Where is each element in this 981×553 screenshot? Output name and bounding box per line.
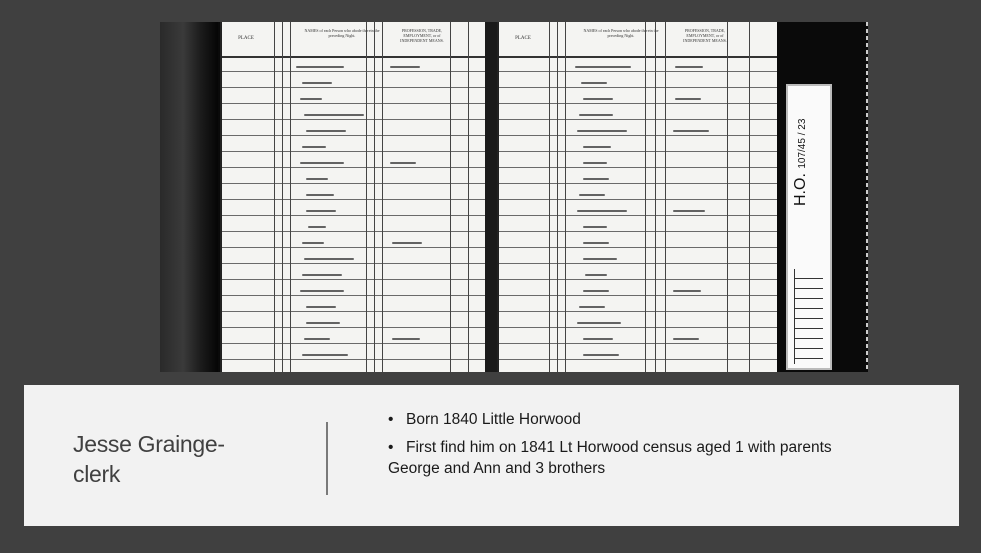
film-edge: [866, 22, 868, 372]
census-header-left: PLACE NAMES of each Person who abode the…: [222, 22, 487, 58]
bullet-dot-icon: •: [388, 437, 406, 458]
census-rows-left: [222, 56, 487, 372]
archive-reference-card: H.O. 107/45 / 23: [786, 84, 832, 370]
bullet-dot-icon: •: [388, 409, 406, 430]
header-profession-right: PROFESSION, TRADE, EMPLOYMENT, or of IND…: [675, 28, 735, 43]
slide-title-line1: Jesse Grainge-: [73, 429, 283, 459]
bullet-item: •Born 1840 Little Horwood: [388, 409, 868, 430]
header-profession: PROFESSION, TRADE, EMPLOYMENT, or of IND…: [392, 28, 452, 43]
bullet-item: •First find him on 1841 Lt Horwood censu…: [388, 437, 868, 479]
book-binding: [160, 22, 218, 372]
bullet-list: •Born 1840 Little Horwood •First find hi…: [388, 409, 868, 486]
census-scan-image: PLACE NAMES of each Person who abode the…: [160, 22, 868, 372]
scale-ruler: [794, 269, 823, 364]
census-rows-right: [499, 56, 777, 372]
slide-title-line2: clerk: [73, 459, 283, 489]
header-place-right: PLACE: [503, 36, 543, 41]
header-names: NAMES of each Person who abode therein t…: [302, 28, 382, 38]
header-names-right: NAMES of each Person who abode therein t…: [581, 28, 661, 38]
caption-panel: Jesse Grainge- clerk •Born 1840 Little H…: [24, 385, 959, 526]
census-page-left: PLACE NAMES of each Person who abode the…: [220, 22, 487, 372]
census-page-right: PLACE NAMES of each Person who abode the…: [497, 22, 777, 372]
page-gutter: [485, 22, 497, 372]
header-place: PLACE: [226, 36, 266, 41]
archive-reference-text: H.O. 107/45 / 23: [792, 119, 810, 206]
slide-title: Jesse Grainge- clerk: [73, 429, 283, 489]
vertical-divider: [326, 422, 328, 495]
census-header-right: PLACE NAMES of each Person who abode the…: [499, 22, 777, 58]
